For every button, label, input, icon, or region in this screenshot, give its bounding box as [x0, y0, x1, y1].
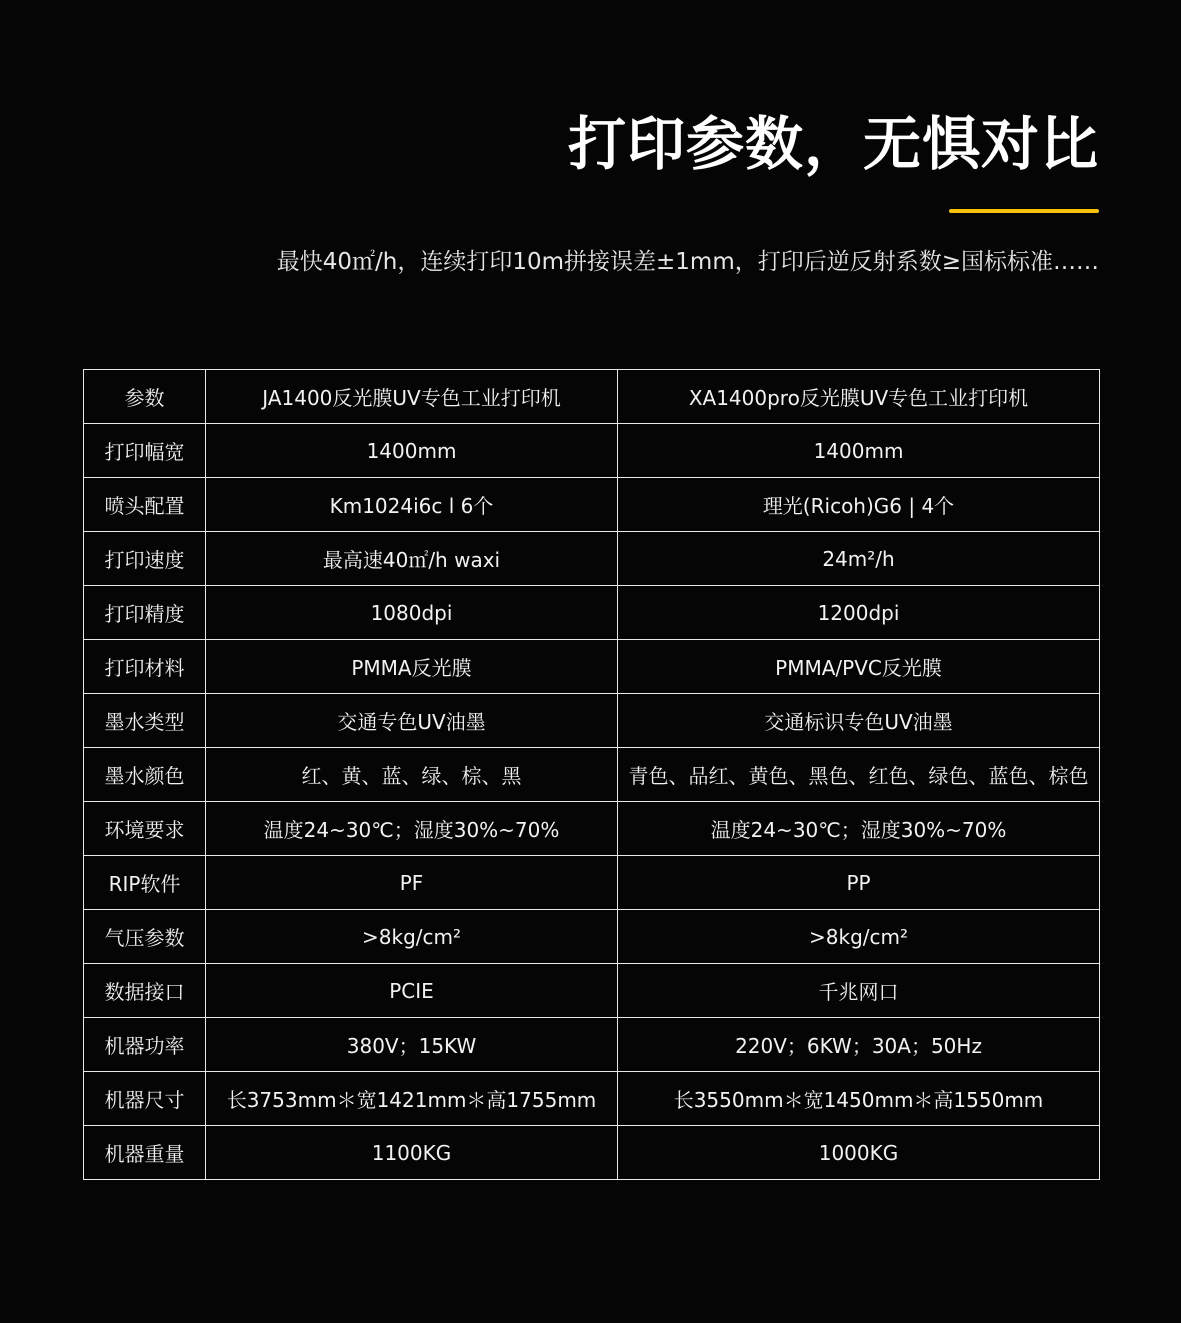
xa1400pro-value: 24m²/h	[618, 532, 1100, 586]
xa1400pro-value: 长3550mm＊宽1450mm＊高1550mm	[618, 1072, 1100, 1126]
param-label: 打印速度	[84, 532, 206, 586]
ja1400-value: 最高速40㎡/h waxi	[206, 532, 618, 586]
ja1400-value: PF	[206, 856, 618, 910]
xa1400pro-value: 交通标识专色UV油墨	[618, 694, 1100, 748]
ja1400-value: 1080dpi	[206, 586, 618, 640]
title-underline-accent	[949, 209, 1099, 213]
xa1400pro-value: 1200dpi	[618, 586, 1100, 640]
xa1400pro-value: 青色、品红、黄色、黑色、红色、绿色、蓝色、棕色	[618, 748, 1100, 802]
table-row: 气压参数 >8kg/cm² >8kg/cm²	[84, 910, 1100, 964]
param-label: 打印幅宽	[84, 424, 206, 478]
param-label: 墨水颜色	[84, 748, 206, 802]
param-label: 气压参数	[84, 910, 206, 964]
spec-comparison-table: 参数 JA1400反光膜UV专色工业打印机 XA1400pro反光膜UV专色工业…	[83, 369, 1100, 1180]
page-subtitle: 最快40㎡/h，连续打印10m拼接误差±1mm，打印后逆反射系数≥国标标准……	[277, 244, 1099, 280]
ja1400-value: 1400mm	[206, 424, 618, 478]
param-label: 机器重量	[84, 1126, 206, 1180]
xa1400pro-value: PMMA/PVC反光膜	[618, 640, 1100, 694]
table-row: 墨水类型 交通专色UV油墨 交通标识专色UV油墨	[84, 694, 1100, 748]
table-row: 机器重量 1100KG 1000KG	[84, 1126, 1100, 1180]
xa1400pro-value: 1000KG	[618, 1126, 1100, 1180]
ja1400-value: 交通专色UV油墨	[206, 694, 618, 748]
table-row: 机器功率 380V；15KW 220V；6KW；30A；50Hz	[84, 1018, 1100, 1072]
ja1400-value: 长3753mm＊宽1421mm＊高1755mm	[206, 1072, 618, 1126]
param-label: 环境要求	[84, 802, 206, 856]
xa1400pro-value: 220V；6KW；30A；50Hz	[618, 1018, 1100, 1072]
ja1400-value: PCIE	[206, 964, 618, 1018]
ja1400-value: 温度24~30℃；湿度30%~70%	[206, 802, 618, 856]
column-header-ja1400: JA1400反光膜UV专色工业打印机	[206, 370, 618, 424]
xa1400pro-value: 温度24~30℃；湿度30%~70%	[618, 802, 1100, 856]
table-row: 打印幅宽 1400mm 1400mm	[84, 424, 1100, 478]
param-label: 打印材料	[84, 640, 206, 694]
table-row: 墨水颜色 红、黄、蓝、绿、棕、黑 青色、品红、黄色、黑色、红色、绿色、蓝色、棕色	[84, 748, 1100, 802]
ja1400-value: 1100KG	[206, 1126, 618, 1180]
ja1400-value: PMMA反光膜	[206, 640, 618, 694]
ja1400-value: 红、黄、蓝、绿、棕、黑	[206, 748, 618, 802]
xa1400pro-value: >8kg/cm²	[618, 910, 1100, 964]
table-row: 打印速度 最高速40㎡/h waxi 24m²/h	[84, 532, 1100, 586]
table-row: 数据接口 PCIE 千兆网口	[84, 964, 1100, 1018]
param-label: 墨水类型	[84, 694, 206, 748]
param-label: RIP软件	[84, 856, 206, 910]
table-row: 环境要求 温度24~30℃；湿度30%~70% 温度24~30℃；湿度30%~7…	[84, 802, 1100, 856]
table-row: 喷头配置 Km1024i6c l 6个 理光(Ricoh)G6 | 4个	[84, 478, 1100, 532]
xa1400pro-value: 1400mm	[618, 424, 1100, 478]
param-label: 喷头配置	[84, 478, 206, 532]
column-header-param: 参数	[84, 370, 206, 424]
column-header-xa1400pro: XA1400pro反光膜UV专色工业打印机	[618, 370, 1100, 424]
xa1400pro-value: 千兆网口	[618, 964, 1100, 1018]
ja1400-value: >8kg/cm²	[206, 910, 618, 964]
xa1400pro-value: 理光(Ricoh)G6 | 4个	[618, 478, 1100, 532]
ja1400-value: Km1024i6c l 6个	[206, 478, 618, 532]
xa1400pro-value: PP	[618, 856, 1100, 910]
param-label: 机器尺寸	[84, 1072, 206, 1126]
param-label: 机器功率	[84, 1018, 206, 1072]
table-row: RIP软件 PF PP	[84, 856, 1100, 910]
table-row: 机器尺寸 长3753mm＊宽1421mm＊高1755mm 长3550mm＊宽14…	[84, 1072, 1100, 1126]
table-header-row: 参数 JA1400反光膜UV专色工业打印机 XA1400pro反光膜UV专色工业…	[84, 370, 1100, 424]
ja1400-value: 380V；15KW	[206, 1018, 618, 1072]
param-label: 数据接口	[84, 964, 206, 1018]
table-row: 打印材料 PMMA反光膜 PMMA/PVC反光膜	[84, 640, 1100, 694]
table-row: 打印精度 1080dpi 1200dpi	[84, 586, 1100, 640]
page-title: 打印参数，无惧对比	[568, 108, 1099, 180]
param-label: 打印精度	[84, 586, 206, 640]
